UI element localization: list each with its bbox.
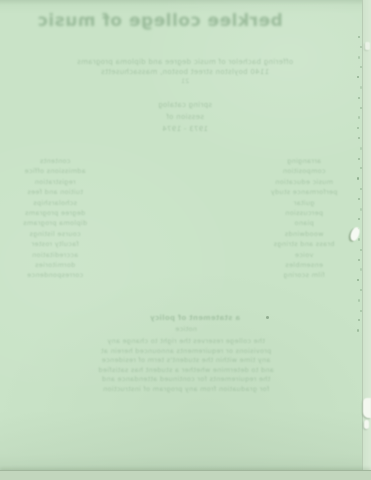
showthrough-line: faculty roster (12, 239, 98, 249)
showthrough-line: arranging (258, 156, 350, 166)
scanned-page: berklee college of music offering bachel… (0, 0, 371, 480)
showthrough-line: composition (258, 166, 350, 176)
showthrough-policy-paragraph: the college reserves the right to change… (26, 337, 346, 394)
perforation-dot (360, 86, 362, 89)
showthrough-line: scholarships (12, 198, 98, 208)
showthrough-logo-berklee: berklee college of music (0, 11, 320, 35)
perforation-dot (358, 97, 360, 99)
showthrough-line: any time within the student's term of re… (26, 356, 346, 366)
ink-dot (266, 316, 269, 319)
showthrough-line: the requirements for continued attendanc… (26, 375, 346, 385)
torn-edge-mark (365, 42, 370, 50)
perforation-dot (357, 177, 359, 180)
perforation-dot (360, 208, 362, 211)
showthrough-line: percussion (258, 208, 350, 218)
perforation-dot (358, 56, 360, 59)
showthrough-right-column: arrangingcompositionmusic educationperfo… (258, 156, 350, 281)
showthrough-line: film scoring (258, 270, 350, 280)
perforation-dot (357, 279, 359, 281)
perforation-dot (358, 319, 360, 321)
perforation-dot (358, 238, 360, 241)
perforation-dot (358, 36, 360, 38)
perforation-dot (360, 147, 362, 150)
perforation-dot (360, 167, 362, 169)
perforation-dot (360, 188, 362, 190)
showthrough-line: admissions office (12, 166, 98, 176)
perforation-dot (358, 198, 360, 200)
perforation-dot (358, 299, 360, 302)
showthrough-line: guitar (258, 198, 350, 208)
perforation-dot (358, 218, 360, 220)
showthrough-line: voice (258, 250, 350, 260)
showthrough-left-column: contentsadmissions officeregistrationtui… (12, 156, 98, 281)
showthrough-line: tuition and fees (12, 187, 98, 197)
showthrough-line: contents (12, 156, 98, 166)
showthrough-line: piano (258, 218, 350, 228)
perforation-dot (360, 66, 362, 68)
perforation-dot (360, 107, 362, 109)
perforation-dot (360, 249, 362, 251)
perforation-dot (357, 329, 359, 332)
showthrough-line: registration (12, 177, 98, 187)
paper-bottom-edge (0, 470, 371, 480)
showthrough-line: 1973 - 1974 (35, 123, 335, 135)
showthrough-address-footnote: 21 (35, 78, 335, 86)
perforation-dot (358, 158, 360, 160)
perforation-dot (360, 310, 362, 312)
perforation-dot (360, 46, 362, 48)
showthrough-policy-heading: a statement of policy (35, 313, 355, 323)
showthrough-line: woodwinds (258, 229, 350, 239)
perforation-dot (357, 76, 359, 78)
perforation-dot (358, 116, 360, 119)
showthrough-policy-subheading: notice (26, 325, 346, 334)
showthrough-line: session of (35, 111, 335, 123)
perforation-dot (360, 289, 362, 291)
showthrough-address-block: offering bachelor of music degree and di… (35, 57, 335, 77)
torn-edge-mark (364, 420, 369, 429)
showthrough-line: dormitories (12, 260, 98, 270)
showthrough-line: performance study (258, 187, 350, 197)
showthrough-line: ensembles (258, 260, 350, 270)
showthrough-line: and to determine whether a student has s… (26, 366, 346, 376)
perforation-dot (357, 127, 359, 129)
showthrough-line: music education (258, 177, 350, 187)
perforation-dot (360, 268, 362, 271)
showthrough-line: 1140 boylston street boston, massachuset… (35, 67, 335, 77)
showthrough-line: offering bachelor of music degree and di… (35, 57, 335, 67)
showthrough-line: for graduation from any program of instr… (26, 385, 346, 395)
showthrough-line: correspondence (12, 270, 98, 280)
showthrough-line: the college reserves the right to change… (26, 337, 346, 347)
showthrough-line: degree programs (12, 208, 98, 218)
showthrough-line: course listings (12, 229, 98, 239)
showthrough-line: spring catalog (35, 99, 335, 111)
showthrough-issue-block: spring catalogsession of1973 - 1974 (35, 99, 335, 135)
perforation-dot (358, 259, 360, 261)
showthrough-line: brass and strings (258, 239, 350, 249)
perforation-dots (357, 36, 363, 340)
torn-edge-mark (363, 398, 371, 418)
showthrough-line: diploma programs (12, 218, 98, 228)
perforation-dot (358, 137, 360, 139)
showthrough-line: accreditation (12, 250, 98, 260)
showthrough-line: provisions or requirements announced her… (26, 347, 346, 357)
